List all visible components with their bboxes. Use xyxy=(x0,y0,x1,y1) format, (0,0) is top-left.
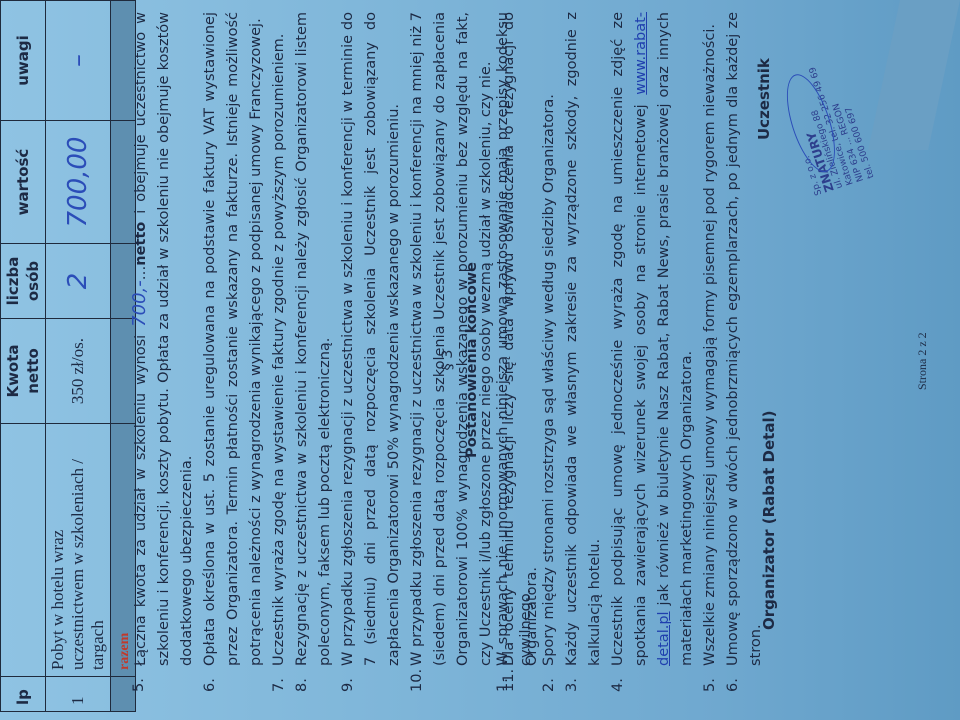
organizer-signature-label: Organizator (Rabat Detal) xyxy=(760,411,778,630)
company-stamp: Sp. z o.o. ZNATURY ul. Zielińskiego 88 K… xyxy=(768,33,877,196)
document-page: lp Kwota netto liczba osób wartość uwagi… xyxy=(0,0,960,720)
header-uwagi: uwagi xyxy=(1,1,46,121)
header-liczba: liczba osób xyxy=(1,244,46,319)
payment-clauses: 5. Łączna kwota za udział w szkoleniu wy… xyxy=(128,12,544,692)
final-clauses: 1.W sprawach nie unormowanych niniejszą … xyxy=(492,12,768,692)
page-number: Strona 2 z 2 xyxy=(915,332,930,390)
clause-9: 9.W przypadku zgłoszenia rezygnacji z uc… xyxy=(337,12,406,692)
cell-lp: 1 xyxy=(46,677,111,712)
pricing-table: lp Kwota netto liczba osób wartość uwagi… xyxy=(0,0,136,712)
header-name xyxy=(1,424,46,677)
final-clause-5: 5.Wszelkie zmiany niniejszej umowy wymag… xyxy=(699,12,722,692)
section-title: Postanowienia końcowe xyxy=(464,0,480,720)
cell-wartosc: 700,00 xyxy=(46,121,111,244)
final-clause-3: 3.Każdy uczestnik odpowiada we własnym z… xyxy=(561,12,607,692)
table-row: 1 Pobyt w hotelu wraz uczestnictwem w sz… xyxy=(46,1,111,712)
section-symbol: § 3 xyxy=(440,0,456,720)
header-kwota: Kwota netto xyxy=(1,319,46,424)
header-wartosc: wartość xyxy=(1,121,46,244)
handwritten-amount: 700,- xyxy=(129,280,150,327)
participant-signature-label: Uczestnik xyxy=(755,58,773,140)
cell-kwota: 350 zł/os. xyxy=(46,319,111,424)
final-clause-2: 2.Spory między stronami rozstrzyga sąd w… xyxy=(538,12,561,692)
table-header-row: lp Kwota netto liczba osób wartość uwagi xyxy=(1,1,46,712)
clause-7: 7.Uczestnik wyraża zgodę na wystawienie … xyxy=(268,12,291,692)
cell-uwagi: – xyxy=(46,1,111,121)
cell-liczba: 2 xyxy=(46,244,111,319)
clause-8: 8.Rezygnację z uczestnictwa w szkoleniu … xyxy=(291,12,337,692)
header-lp: lp xyxy=(1,677,46,712)
clause-6: 6.Opłata określona w ust. 5 zostanie ure… xyxy=(199,12,268,692)
cell-name: Pobyt w hotelu wraz uczestnictwem w szko… xyxy=(46,424,111,677)
final-clause-1: 1.W sprawach nie unormowanych niniejszą … xyxy=(492,12,538,692)
final-clause-4: 4.Uczestnik podpisując umowę jednocześni… xyxy=(607,12,699,692)
clause-5: 5. Łączna kwota za udział w szkoleniu wy… xyxy=(128,12,199,692)
